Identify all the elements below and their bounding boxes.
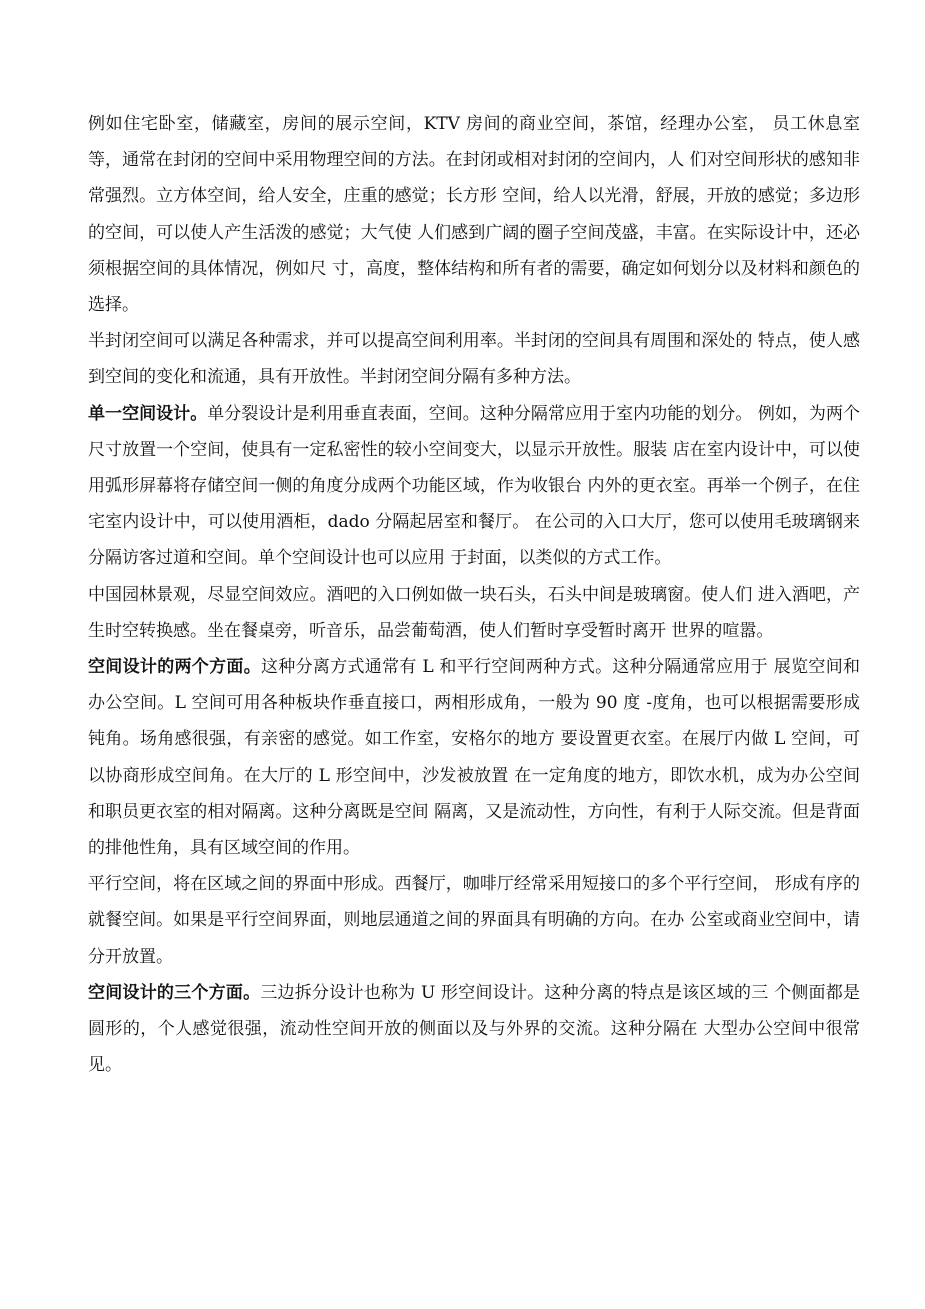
paragraph-two-sided-design: 空间设计的两个方面。这种分离方式通常有 L 和平行空间两种方式。这种分隔通常应用…: [88, 649, 860, 866]
paragraph-semi-enclosed-space: 半封闭空间可以满足各种需求，并可以提高空间利用率。半封闭的空间具有周围和深处的 …: [88, 323, 860, 395]
document-page: 例如住宅卧室，储藏室，房间的展示空间，KTV 房间的商业空间，茶馆，经理办公室，…: [88, 106, 860, 1083]
paragraph-three-sided-design: 空间设计的三个方面。三边拆分设计也称为 U 形空间设计。这种分离的特点是该区域的…: [88, 975, 860, 1084]
paragraph-enclosed-space: 例如住宅卧室，储藏室，房间的展示空间，KTV 房间的商业空间，茶馆，经理办公室，…: [88, 106, 860, 323]
paragraph-text: 例如住宅卧室，储藏室，房间的展示空间，KTV 房间的商业空间，茶馆，经理办公室，…: [88, 114, 860, 315]
paragraph-heading: 空间设计的两个方面。: [88, 657, 261, 677]
paragraph-garden-landscape: 中国园林景观，尽显空间效应。酒吧的入口例如做一块石头，石头中间是玻璃窗。使人们 …: [88, 577, 860, 649]
paragraph-single-space-design: 单一空间设计。单分裂设计是利用垂直表面，空间。这种分隔常应用于室内功能的划分。 …: [88, 396, 860, 577]
paragraph-text: 这种分离方式通常有 L 和平行空间两种方式。这种分隔通常应用于 展览空间和办公空…: [88, 657, 860, 858]
paragraph-heading: 单一空间设计。: [88, 404, 207, 424]
paragraph-text: 单分裂设计是利用垂直表面，空间。这种分隔常应用于室内功能的划分。 例如，为两个尺…: [88, 404, 860, 569]
paragraph-heading: 空间设计的三个方面。: [88, 983, 260, 1003]
paragraph-parallel-space: 平行空间，将在区域之间的界面中形成。西餐厅，咖啡厅经常采用短接口的多个平行空间，…: [88, 866, 860, 975]
paragraph-text: 中国园林景观，尽显空间效应。酒吧的入口例如做一块石头，石头中间是玻璃窗。使人们 …: [88, 585, 860, 641]
paragraph-text: 半封闭空间可以满足各种需求，并可以提高空间利用率。半封闭的空间具有周围和深处的 …: [88, 331, 860, 387]
paragraph-text: 平行空间，将在区域之间的界面中形成。西餐厅，咖啡厅经常采用短接口的多个平行空间，…: [88, 874, 860, 966]
